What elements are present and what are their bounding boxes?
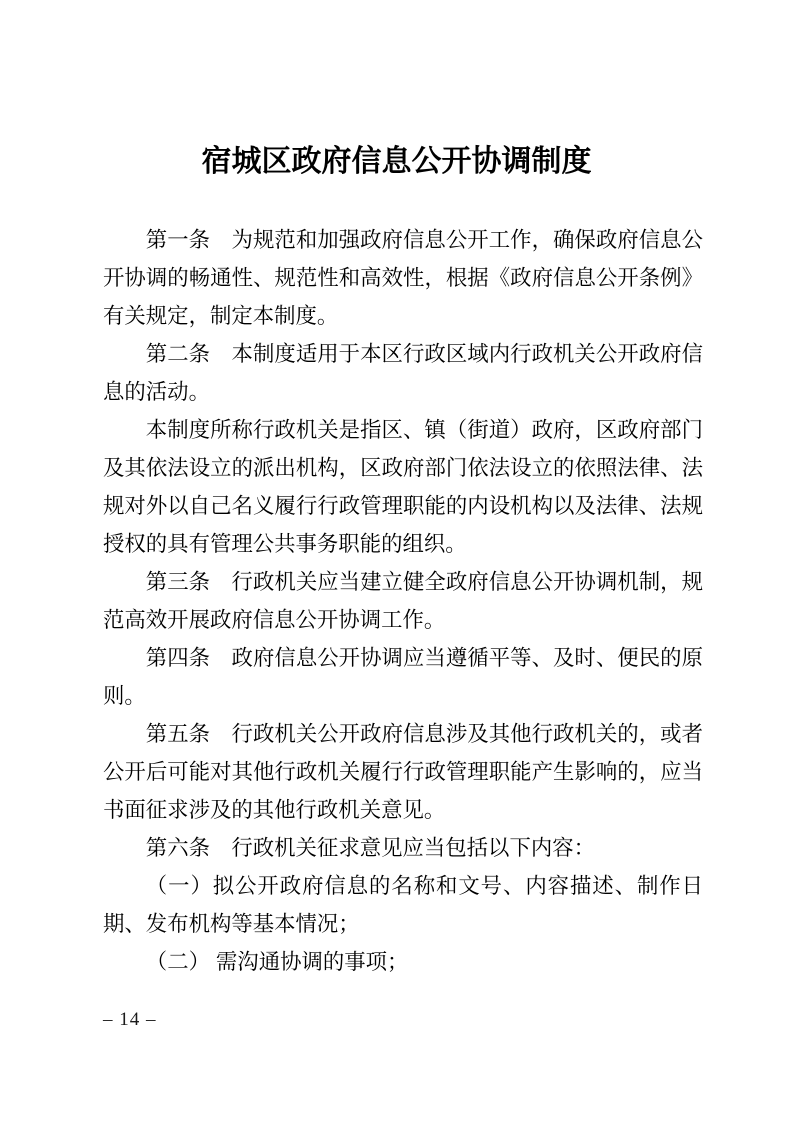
paragraph: 第三条 行政机关应当建立健全政府信息公开协调机制，规范高效开展政府信息公开协调工… — [103, 563, 703, 639]
paragraph: 第一条 为规范和加强政府信息公开工作，确保政府信息公开协调的畅通性、规范性和高效… — [103, 221, 703, 335]
paragraph: 第六条 行政机关征求意见应当包括以下内容： — [103, 829, 703, 867]
page-number: – 14 – — [103, 1008, 157, 1032]
document-body: 第一条 为规范和加强政府信息公开工作，确保政府信息公开协调的畅通性、规范性和高效… — [103, 221, 703, 981]
document-title: 宿城区政府信息公开协调制度 — [0, 142, 793, 182]
paragraph: 第四条 政府信息公开协调应当遵循平等、及时、便民的原则。 — [103, 639, 703, 715]
paragraph: 第二条 本制度适用于本区行政区域内行政机关公开政府信息的活动。 — [103, 335, 703, 411]
paragraph: （一）拟公开政府信息的名称和文号、内容描述、制作日期、发布机构等基本情况； — [103, 867, 703, 943]
paragraph: 第五条 行政机关公开政府信息涉及其他行政机关的，或者公开后可能对其他行政机关履行… — [103, 715, 703, 829]
document-page: 宿城区政府信息公开协调制度 第一条 为规范和加强政府信息公开工作，确保政府信息公… — [0, 0, 793, 1122]
paragraph: 本制度所称行政机关是指区、镇（街道）政府，区政府部门及其依法设立的派出机构，区政… — [103, 411, 703, 563]
paragraph: （二） 需沟通协调的事项； — [103, 943, 703, 981]
